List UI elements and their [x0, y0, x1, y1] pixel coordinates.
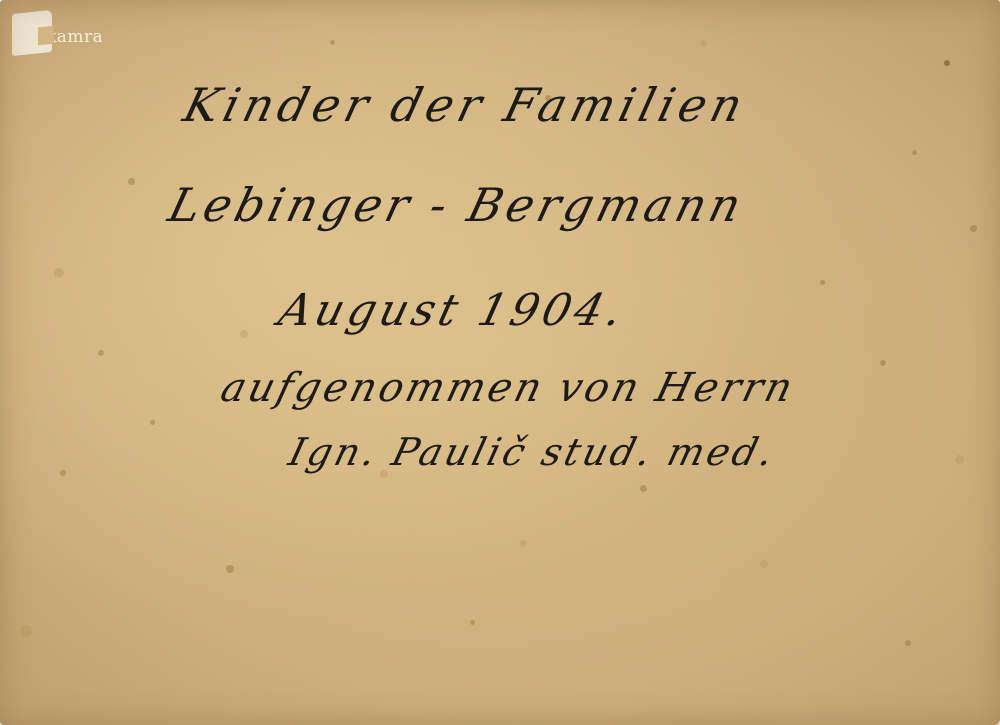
photo-card-back: kamra Kinder der Familien Lebinger - Ber… [0, 0, 1000, 725]
handwritten-inscription: Kinder der Familien Lebinger - Bergmann … [0, 0, 1000, 725]
inscription-line-2: Lebinger - Bergmann [163, 178, 750, 232]
inscription-line-3: August 1904. [274, 285, 632, 336]
inscription-line-4: aufgenommen von Herrn [216, 365, 800, 411]
inscription-line-5: Ign. Paulič stud. med. [285, 430, 781, 474]
inscription-line-1: Kinder der Familien [178, 78, 753, 132]
